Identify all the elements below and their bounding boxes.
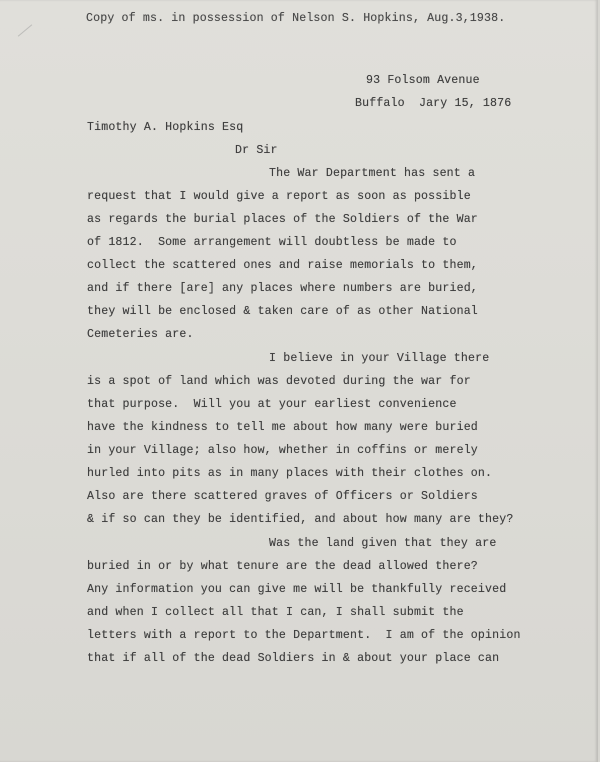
recipient-name: Timothy A. Hopkins Esq	[87, 121, 243, 135]
typewritten-letter-page: Copy of ms. in possession of Nelson S. H…	[0, 0, 598, 762]
letter-body-line: Cemeteries are.	[87, 328, 194, 342]
letter-body-line: Any information you can give me will be …	[87, 583, 506, 597]
letter-body-line: Was the land given that they are	[269, 537, 496, 551]
letter-body-line: and when I collect all that I can, I sha…	[87, 606, 464, 620]
letter-body-line: request that I would give a report as so…	[87, 190, 471, 204]
letter-body-line: letters with a report to the Department.…	[87, 629, 521, 643]
letter-body-line: as regards the burial places of the Sold…	[87, 213, 478, 227]
letter-body-line: Also are there scattered graves of Offic…	[87, 490, 478, 504]
letter-body-line: & if so can they be identified, and abou…	[87, 513, 513, 527]
copy-provenance-note: Copy of ms. in possession of Nelson S. H…	[86, 12, 505, 26]
letter-body-line: I believe in your Village there	[269, 352, 489, 366]
letter-body-line: buried in or by what tenure are the dead…	[87, 560, 478, 574]
letter-body-line: and if there [are] any places where numb…	[87, 282, 478, 296]
pencil-mark	[18, 24, 32, 36]
letter-body-line: they will be enclosed & taken care of as…	[87, 305, 478, 319]
letter-body-line: hurled into pits as in many places with …	[87, 467, 492, 481]
letter-body-line: collect the scattered ones and raise mem…	[87, 259, 478, 273]
letter-body-line: have the kindness to tell me about how m…	[87, 421, 478, 435]
salutation: Dr Sir	[235, 144, 278, 158]
letter-body-line: The War Department has sent a	[269, 167, 475, 181]
letter-body-line: that if all of the dead Soldiers in & ab…	[87, 652, 499, 666]
letter-body-line: of 1812. Some arrangement will doubtless…	[87, 236, 457, 250]
sender-street-address: 93 Folsom Avenue	[366, 74, 480, 88]
letter-body-line: in your Village; also how, whether in co…	[87, 444, 478, 458]
letter-body-line: is a spot of land which was devoted duri…	[87, 375, 471, 389]
letter-body-line: that purpose. Will you at your earliest …	[87, 398, 457, 412]
sender-city-date: Buffalo Jary 15, 1876	[355, 97, 511, 111]
